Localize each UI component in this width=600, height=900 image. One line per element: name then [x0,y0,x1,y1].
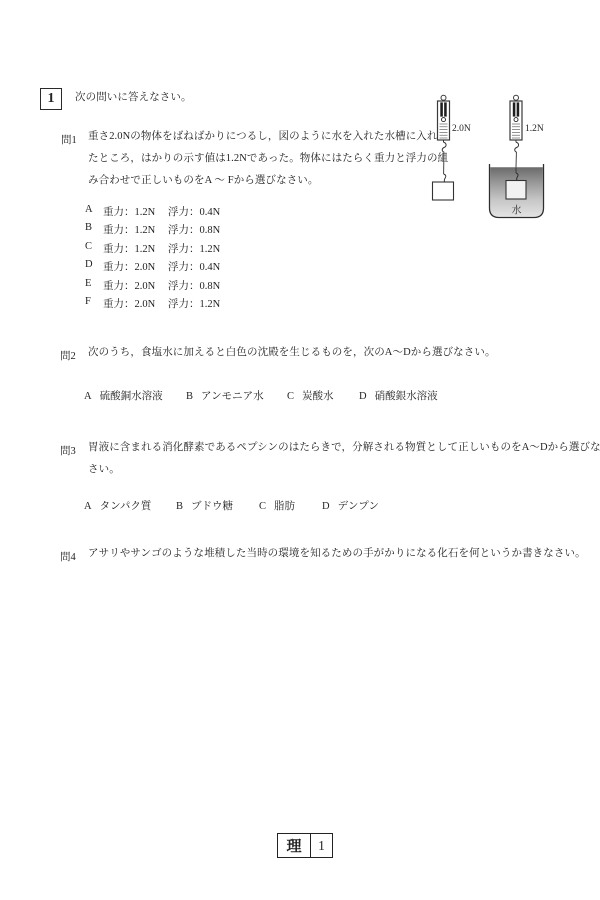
option-buoyancy: 浮力：0.4N [168,204,220,219]
q1-option-b: B 重力：1.2N 浮力：0.8N [85,222,220,240]
q1-text-line1: 重さ2.0Nの物体をばねばかりにつるし，図のように水を入れた水槽に入れ [88,132,438,143]
q2-label: 問2 [60,348,76,363]
q1-text-line3: み合わせで正しいものをA ～ Fから選びなさい。 [88,176,319,187]
q1-option-e: E 重力：2.0N 浮力：0.8N [85,278,220,296]
q3-option-c: C脂肪 [259,498,295,513]
option-key: F [85,296,103,307]
option-gravity: 重力：1.2N [103,204,168,219]
weight-in-air [433,182,454,200]
q3-option-a: Aタンパク質 [84,498,151,513]
option-label: 脂肪 [274,501,295,512]
spring-scale-in-air-icon [433,95,454,200]
section-number: 1 [48,91,55,107]
q3-label: 問3 [60,443,76,458]
q1-text-line2: たところ，はかりの示す値は1.2Nであった。物体にはたらく重力と浮力の組 [88,154,448,165]
option-key: C [259,501,266,512]
option-key: C [287,391,294,402]
option-buoyancy: 浮力：0.4N [168,259,220,274]
water-label: 水 [512,204,522,217]
weight-hook-icon [444,174,446,182]
option-gravity: 重力：1.2N [103,241,168,256]
q1-options-list: A 重力：1.2N 浮力：0.4N B 重力：1.2N 浮力：0.8N C 重力… [85,204,220,314]
option-key: E [85,278,103,289]
q4-label: 問4 [60,549,76,564]
option-gravity: 重力：2.0N [103,278,168,293]
option-buoyancy: 浮力：1.2N [168,241,220,256]
option-key: D [322,501,330,512]
q2-option-b: Bアンモニア水 [186,388,264,403]
option-label: ブドウ糖 [191,501,233,512]
option-buoyancy: 浮力：0.8N [168,222,220,237]
q2-text: 次のうち，食塩水に加えると白色の沈殿を生じるものを，次のA～Dから選びなさい。 [88,348,496,359]
option-label: 硫酸銅水溶液 [100,391,163,402]
scale-reading-water: 1.2N [525,124,544,134]
q1-option-a: A 重力：1.2N 浮力：0.4N [85,204,220,222]
option-label: アンモニア水 [201,391,264,402]
option-label: タンパク質 [100,501,152,512]
weight-in-water [506,181,526,200]
option-gravity: 重力：2.0N [103,296,168,311]
scale-reading-air: 2.0N [452,124,471,134]
option-label: 炭酸水 [302,391,334,402]
option-buoyancy: 浮力：0.8N [168,278,220,293]
q3-text-line1: 胃液に含まれる消化酵素であるペプシンのはたらきで，分解される物質として正しいもの… [88,443,600,454]
option-key: D [85,259,103,270]
option-buoyancy: 浮力：1.2N [168,296,220,311]
section-number-box: 1 [40,88,62,110]
q4-text: アサリやサンゴのような堆積した当時の環境を知るための手がかりになる化石を何という… [88,549,586,560]
footer-page-box: 理 1 [277,833,333,858]
section-instruction: 次の問いに答えなさい。 [75,93,192,104]
exam-page: 1 次の問いに答えなさい。 問1 重さ2.0Nの物体をばねばかりにつるし，図のよ… [0,0,600,900]
q2-option-c: C炭酸水 [287,388,334,403]
q2-option-a: A硫酸銅水溶液 [84,388,163,403]
option-label: デンプン [338,501,379,512]
option-key: D [359,391,367,402]
q1-option-d: D 重力：2.0N 浮力：0.4N [85,259,220,277]
option-gravity: 重力：2.0N [103,259,168,274]
option-key: A [85,204,103,215]
q1-spring-scale-figure: 2.0N 1.2N [425,92,555,222]
water-tank-icon: 水 [490,164,544,218]
footer-subject: 理 [278,834,311,857]
option-key: A [84,391,92,402]
option-label: 硝酸銀水溶液 [375,391,438,402]
q1-label: 問1 [61,132,77,147]
option-key: B [186,391,193,402]
q3-text-line2: さい。 [88,465,120,476]
q2-option-d: D硝酸銀水溶液 [359,388,438,403]
option-key: A [84,501,92,512]
q3-option-b: Bブドウ糖 [176,498,233,513]
q1-option-c: C 重力：1.2N 浮力：1.2N [85,241,220,259]
footer-page-number: 1 [311,834,332,857]
option-key: B [85,222,103,233]
option-gravity: 重力：1.2N [103,222,168,237]
spring-scale-in-water-icon [510,95,522,167]
q3-option-d: Dデンプン [322,498,379,513]
option-key: C [85,241,103,252]
option-key: B [176,501,183,512]
q1-option-f: F 重力：2.0N 浮力：1.2N [85,296,220,314]
